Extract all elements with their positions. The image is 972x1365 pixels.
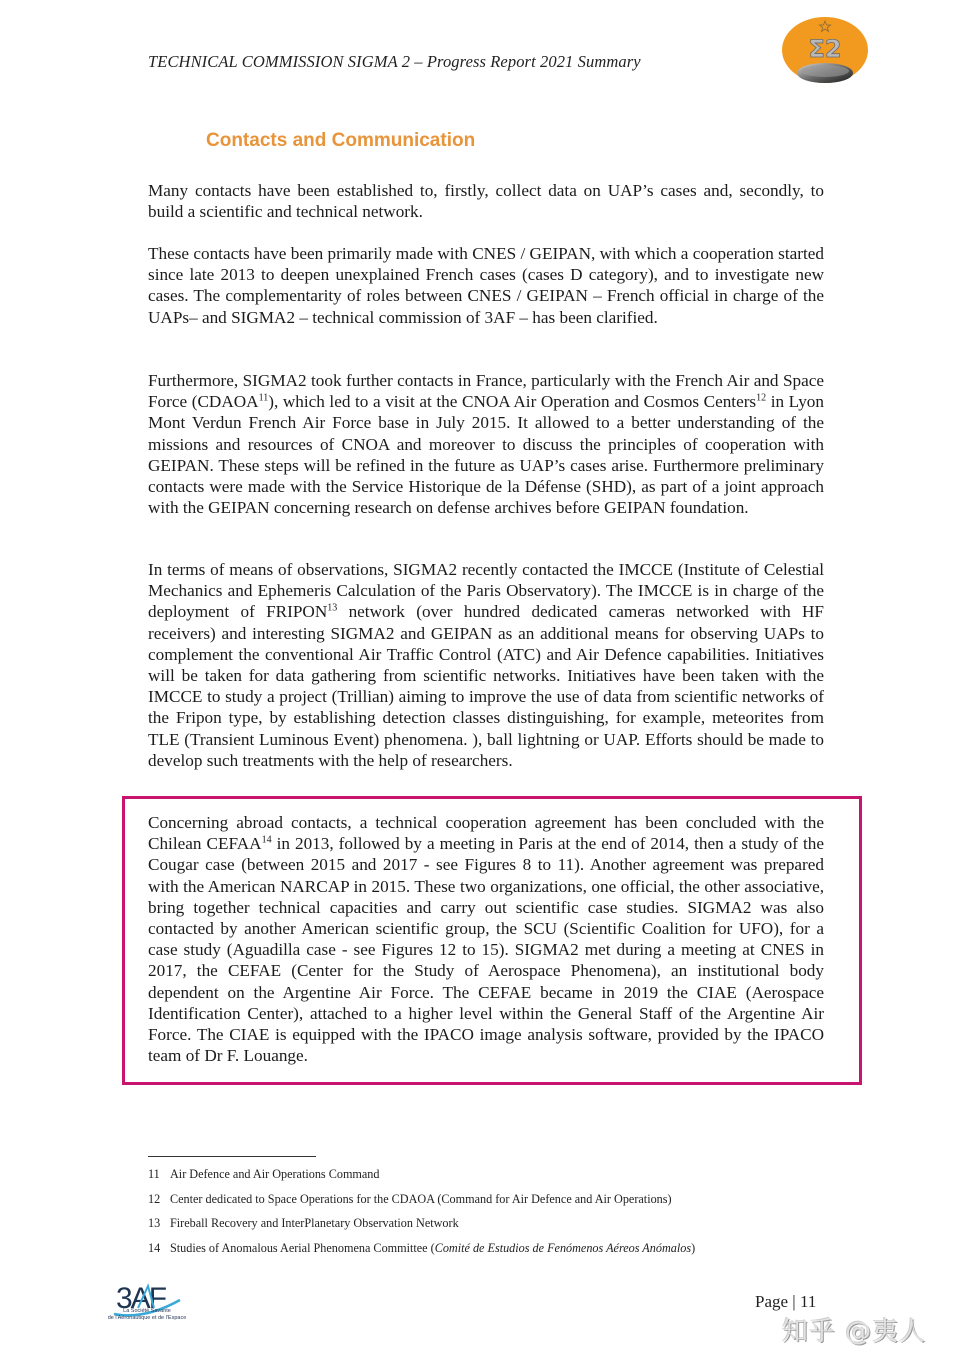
sigma2-logo-icon: Σ2: [781, 17, 869, 85]
caption-line: de l'Aéronautique et de l'Espace: [104, 1315, 190, 1322]
paragraph-text: in 2013, followed by a meeting in Paris …: [148, 834, 824, 1065]
footnote-number: 14: [148, 1241, 170, 1256]
footnote-text: Air Defence and Air Operations Command: [170, 1167, 380, 1182]
footnote-number: 12: [148, 1192, 170, 1207]
paragraph-text: ), which led to a visit at the CNOA Air …: [268, 392, 756, 411]
footnotes: 11 Air Defence and Air Operations Comman…: [148, 1162, 848, 1261]
footnote-number: 13: [148, 1216, 170, 1231]
paragraph-france-contacts: Furthermore, SIGMA2 took further contact…: [148, 370, 824, 518]
3af-logo-caption: La Société Savante de l'Aéronautique et …: [104, 1308, 190, 1322]
svg-text:Σ2: Σ2: [808, 35, 841, 63]
footnote-text-italic: Comité de Estudios de Fenómenos Aéreos A…: [435, 1241, 691, 1255]
footnote-divider: [148, 1156, 316, 1157]
footnote-ref[interactable]: 11: [259, 392, 269, 403]
page-number: Page | 11: [755, 1292, 816, 1312]
caption-line: La Société Savante: [104, 1308, 190, 1315]
footnote-text-suffix: ): [691, 1241, 695, 1255]
footnote-item: 14 Studies of Anomalous Aerial Phenomena…: [148, 1236, 848, 1261]
footnote-text: Center dedicated to Space Operations for…: [170, 1192, 672, 1207]
watermark: 知乎 @夷人: [782, 1311, 926, 1348]
section-heading: Contacts and Communication: [206, 130, 475, 152]
footnote-ref[interactable]: 14: [262, 834, 272, 845]
footnote-text: Studies of Anomalous Aerial Phenomena Co…: [170, 1241, 695, 1256]
paragraph-observation-means: In terms of means of observations, SIGMA…: [148, 559, 824, 771]
footnote-number: 11: [148, 1167, 170, 1182]
footnote-text: Fireball Recovery and InterPlanetary Obs…: [170, 1216, 459, 1231]
footnote-ref[interactable]: 12: [756, 392, 766, 403]
footnote-item: 13 Fireball Recovery and InterPlanetary …: [148, 1211, 848, 1236]
paragraph-abroad-contacts: Concerning abroad contacts, a technical …: [148, 812, 824, 1066]
running-header-title: TECHNICAL COMMISSION SIGMA 2 – Progress …: [148, 52, 641, 72]
footnote-item: 12 Center dedicated to Space Operations …: [148, 1187, 848, 1212]
footnote-ref[interactable]: 13: [327, 603, 337, 614]
paragraph-text: network (over hundred dedicated cameras …: [148, 602, 824, 769]
paragraph-intro: Many contacts have been established to, …: [148, 180, 824, 222]
footnote-text-main: Studies of Anomalous Aerial Phenomena Co…: [170, 1241, 435, 1255]
footnote-item: 11 Air Defence and Air Operations Comman…: [148, 1162, 848, 1187]
paragraph-cnes-geipan: These contacts have been primarily made …: [148, 243, 824, 328]
